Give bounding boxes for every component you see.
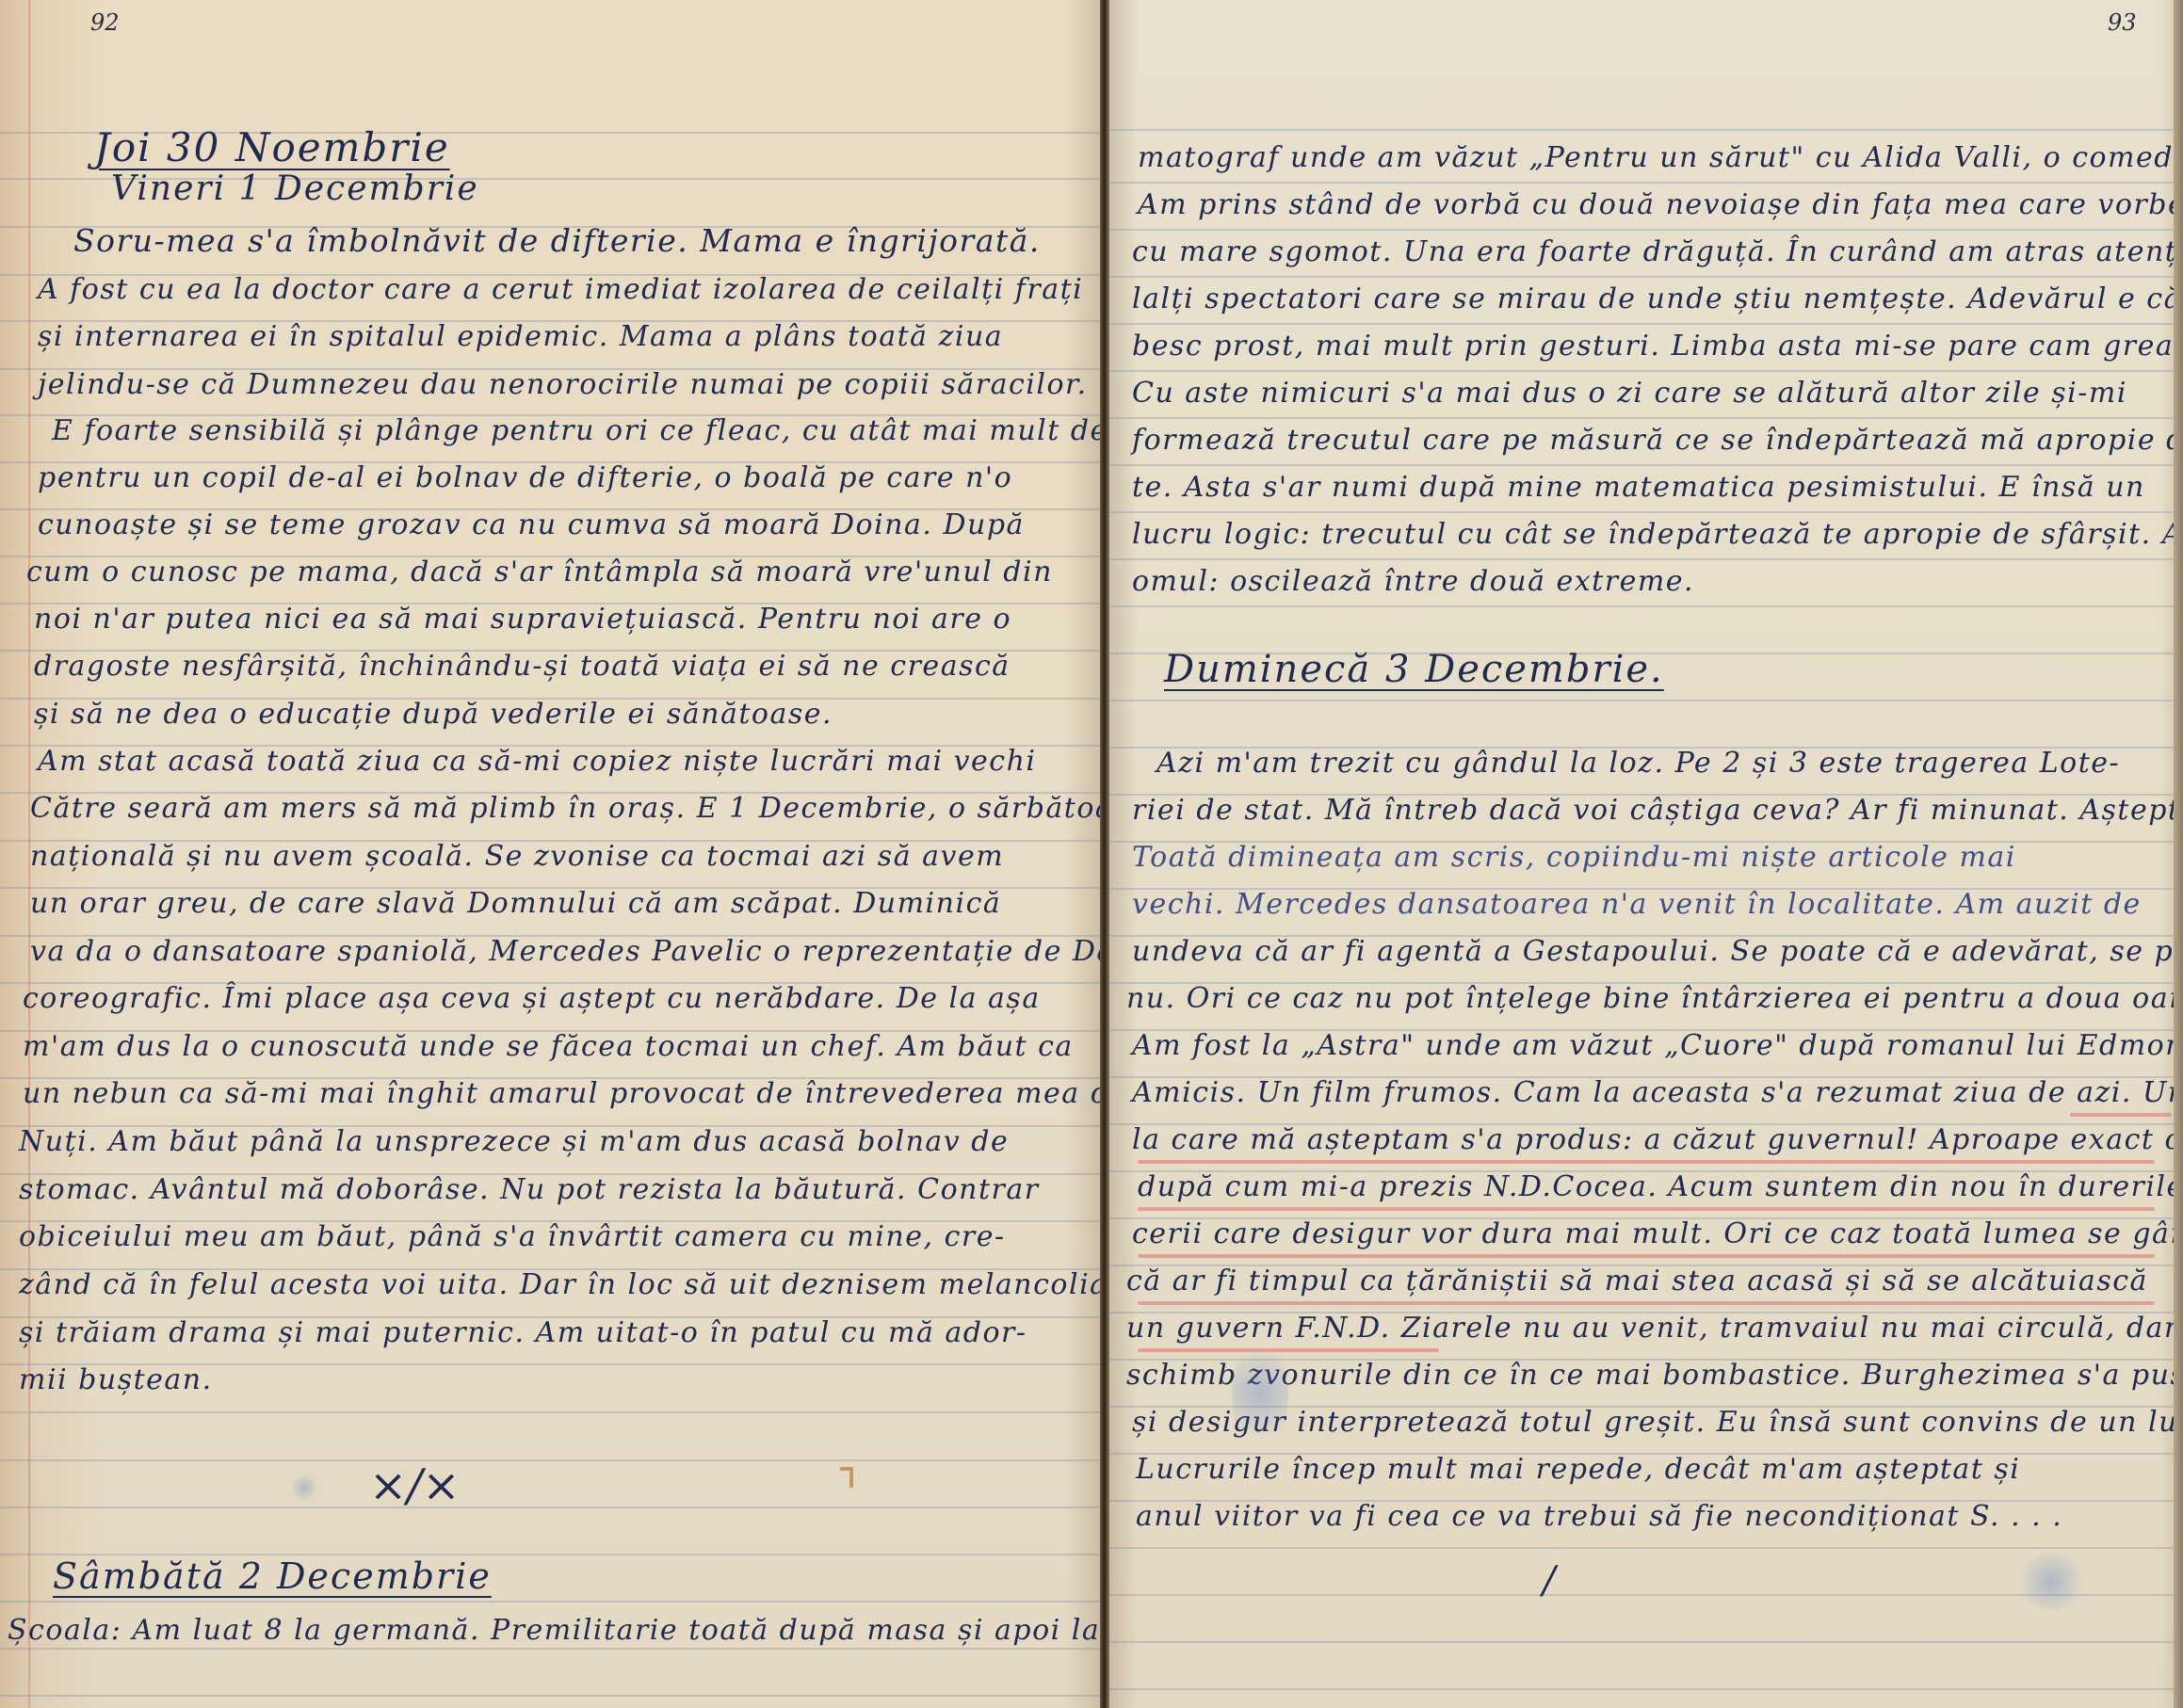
text-line: A fost cu ea la doctor care a cerut imed… (38, 273, 1083, 306)
text-line: zând că în felul acesta voi uita. Dar în… (19, 1268, 1102, 1301)
text-line: E foarte sensibilă și plânge pentru ori … (52, 414, 1102, 447)
text-line: cunoaște și se teme grozav ca nu cumva s… (38, 508, 1025, 541)
red-underline (2070, 1113, 2172, 1117)
text-line: un guvern F.N.D. Ziarele nu au venit, tr… (1126, 1312, 2183, 1345)
ruled-line (1109, 129, 2183, 131)
text-line: Soru-mea s'a îmbolnăvit de difterie. Mam… (73, 222, 1041, 259)
text-line: Lucrurile încep mult mai repede, decât m… (1136, 1453, 2020, 1486)
ruled-line (0, 1695, 1102, 1697)
left-page: 92 Joi 30 Noembrie Vineri 1 Decembrie So… (0, 0, 1102, 1708)
ruled-line (0, 1507, 1102, 1508)
text-line: cerii care desigur vor dura mai mult. Or… (1132, 1217, 2183, 1250)
text-line: jelindu-se că Dumnezeu dau nenorocirile … (38, 368, 1088, 401)
page-number: 93 (2108, 9, 2137, 36)
text-line: te. Asta s'ar numi după mine matematica … (1132, 471, 2145, 504)
text-line: obiceiului meu am băut, până s'a învârti… (19, 1220, 1006, 1253)
text-line: va da o dansatoare spaniolă, Mercedes Pa… (30, 935, 1102, 968)
ruled-line (0, 1411, 1102, 1413)
red-underline (1138, 1254, 2155, 1258)
text-line: nu. Ori ce caz nu pot înțelege bine întâ… (1126, 982, 2183, 1015)
text-line: mii buștean. (19, 1363, 213, 1396)
corner-tick-mark (840, 1467, 853, 1488)
ink-smudge (2013, 1554, 2089, 1610)
text-line: Școala: Am luat 8 la germană. Premilitar… (8, 1614, 1102, 1647)
text-line: și desigur interpretează totul greșit. E… (1132, 1406, 2183, 1439)
text-line: și să ne dea o educație după vederile ei… (34, 698, 833, 731)
text-line: Cu aste nimicuri s'a mai dus o zi care s… (1132, 377, 2127, 410)
text-line: dragoste nesfârșită, închinându-și toată… (34, 650, 1011, 683)
ruled-line (1109, 464, 2183, 466)
page-edge (2174, 0, 2183, 1708)
text-line: besc prost, mai mult prin gesturi. Limba… (1132, 330, 2183, 363)
entry-end-mark: / (1543, 1559, 1555, 1603)
text-line: matograf unde am văzut „Pentru un sărut"… (1138, 141, 2183, 174)
text-line: Am stat acasă toată ziua ca să-mi copiez… (38, 745, 1037, 778)
ruled-line (0, 1648, 1102, 1650)
page-number: 92 (90, 9, 120, 36)
text-line: cum o cunosc pe mama, dacă s'ar întâmpla… (26, 556, 1053, 588)
ruled-line (1109, 229, 2183, 231)
text-line: Către seară am mers să mă plimb în oraș.… (30, 792, 1102, 825)
ruled-line (0, 1459, 1102, 1461)
ruled-line (1109, 605, 2183, 607)
text-line: vechi. Mercedes dansatoarea n'a venit în… (1132, 888, 2142, 921)
text-line: un nebun ca să-mi mai înghit amarul prov… (23, 1077, 1102, 1110)
text-line: că ar fi timpul ca țărăniștii să mai ste… (1126, 1265, 2148, 1297)
red-underline (1138, 1207, 2155, 1211)
text-line: după cum mi-a prezis N.D.Cocea. Acum sun… (1138, 1170, 2183, 1203)
ruled-line (1109, 1547, 2183, 1549)
ruled-line (1109, 182, 2183, 184)
ruled-line (1109, 276, 2183, 278)
text-line: și internarea ei în spitalul epidemic. M… (38, 320, 1003, 353)
text-line: coreografic. Îmi place așa ceva și aștep… (23, 982, 1041, 1015)
text-line: Amicis. Un film frumos. Cam la aceasta s… (1132, 1076, 2183, 1109)
book-gutter (1100, 0, 1109, 1708)
text-line: anul viitor va fi cea ce va trebui să fi… (1136, 1500, 2062, 1533)
ruled-line (1109, 1688, 2183, 1690)
text-line: Toată dimineața am scris, copiindu-mi ni… (1132, 841, 2016, 874)
diary-spread: 92 Joi 30 Noembrie Vineri 1 Decembrie So… (0, 0, 2183, 1708)
entry-heading: Sâmbătă 2 Decembrie (53, 1555, 492, 1597)
ruled-line (1109, 1641, 2183, 1643)
text-line: pentru un copil de-al ei bolnav de difte… (38, 461, 1012, 494)
ruled-line (1109, 323, 2183, 325)
entry-heading: Joi 30 Noembrie (94, 124, 450, 170)
text-line: la care mă așteptam s'a produs: a căzut … (1132, 1123, 2183, 1156)
ruled-line (1109, 511, 2183, 513)
ruled-line (0, 1601, 1102, 1603)
ruled-line (1109, 417, 2183, 419)
text-line: omul: oscilează între două extreme. (1132, 565, 1694, 598)
right-page: 93 matograf unde am văzut „Pentru un săr… (1109, 0, 2183, 1708)
ruled-line (1109, 370, 2183, 372)
ink-smudge (1232, 1337, 1288, 1450)
red-underline (1138, 1348, 1439, 1352)
section-separator-mark: ×/× (369, 1459, 461, 1512)
text-line: Am fost la „Astra" unde am văzut „Cuore"… (1132, 1029, 2183, 1062)
text-line: stomac. Avântul mă doborâse. Nu pot rezi… (19, 1173, 1040, 1206)
red-underline (1138, 1301, 2155, 1305)
red-underline (1138, 1160, 2155, 1164)
ruled-line (1109, 700, 2183, 701)
text-line: m'am dus la o cunoscută unde se făcea to… (23, 1030, 1074, 1063)
entry-heading: Duminecă 3 Decembrie. (1164, 648, 1664, 691)
text-line: lucru logic: trecutul cu cât se îndepărt… (1132, 518, 2183, 551)
text-line: un orar greu, de care slavă Domnului că … (30, 887, 1001, 920)
text-line: formează trecutul care pe măsură ce se î… (1132, 424, 2183, 457)
ruled-line (1109, 558, 2183, 560)
ink-dot (290, 1474, 318, 1502)
text-line: undeva că ar fi agentă a Gestapoului. Se… (1132, 935, 2183, 968)
text-line: noi n'ar putea nici ea să mai supraviețu… (34, 603, 1011, 636)
text-line: Azi m'am trezit cu gândul la loz. Pe 2 ș… (1156, 747, 2120, 780)
text-line: și trăiam drama și mai puternic. Am uita… (19, 1316, 1027, 1349)
text-line: Nuți. Am băut până la unsprezece și m'am… (19, 1125, 1009, 1158)
text-line: riei de stat. Mă întreb dacă voi câștiga… (1132, 794, 2183, 827)
text-line: națională și nu avem școală. Se zvonise … (30, 840, 1004, 873)
text-line: cu mare sgomot. Una era foarte drăguță. … (1132, 235, 2183, 268)
entry-subheading: Vineri 1 Decembrie (111, 169, 479, 208)
text-line: Am prins stând de vorbă cu două nevoiașe… (1138, 188, 2183, 221)
text-line: lalți spectatori care se mirau de unde ș… (1132, 282, 2183, 315)
